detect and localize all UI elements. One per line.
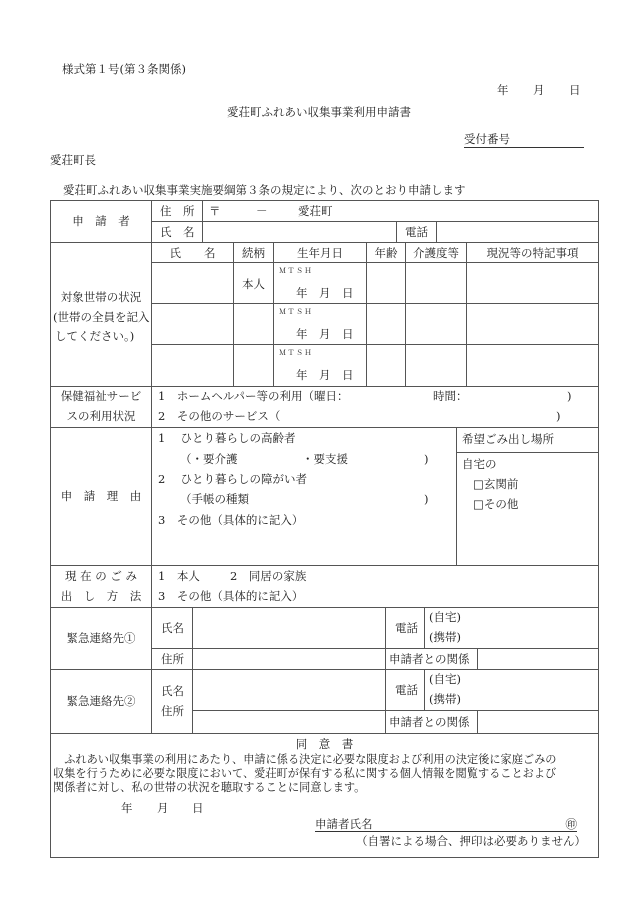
member-2-era[interactable]: ＭＴＳＨ xyxy=(279,305,313,319)
emergency-1-relation-label: 申請者との関係 xyxy=(389,652,470,666)
consent-line-3: 関係者に対し、私の世帯の状況を聴取することに同意します。 xyxy=(53,781,365,795)
date-year: 年 xyxy=(497,82,509,98)
member-2-relation-field[interactable] xyxy=(234,304,273,344)
intro-text: 愛荘町ふれあい収集事業実施要綱第３条の規定により、次のとおり申請します xyxy=(63,182,466,198)
emergency-2-name-field[interactable] xyxy=(193,670,385,710)
form-number: 様式第１号(第３条関係) xyxy=(62,61,186,77)
trash-method-label-1: 現 在 の ご み xyxy=(51,569,151,583)
reason-label: 申 請 理 由 xyxy=(51,489,151,503)
col-care-level: 介護度等 xyxy=(406,246,466,260)
date-day: 日 xyxy=(569,82,581,98)
emergency-2-relation-field[interactable] xyxy=(478,711,598,733)
col-relation: 続柄 xyxy=(234,246,273,260)
service-item-2[interactable]: 2 その他のサービス（ xyxy=(158,409,280,423)
postal-mark: 〒 xyxy=(209,204,221,218)
member-1-care-field[interactable] xyxy=(406,263,466,303)
emergency-2-mobile-phone[interactable]: (携帯) xyxy=(429,692,461,706)
address-label: 住 所 xyxy=(160,204,195,218)
emergency-2-phone-label: 電話 xyxy=(395,683,418,697)
signature-label: 申請者氏名 xyxy=(315,817,373,831)
reason-item-1[interactable]: 1 ひとり暮らしの高齢者 xyxy=(158,431,295,445)
trash-method-family[interactable]: 2 同居の家族 xyxy=(230,569,306,583)
consent-line-2: 収集を行うために必要な限度において、愛荘町が保有する私に関する個人情報を閲覧する… xyxy=(53,767,556,781)
household-label-3: してください。) xyxy=(55,329,134,343)
member-2-age-field[interactable] xyxy=(367,304,405,344)
member-3-relation-field[interactable] xyxy=(234,345,273,386)
signature-note: （自署による場合、押印は必要ありません） xyxy=(356,834,586,848)
services-label-2: スの利用状況 xyxy=(51,409,151,423)
town-name: 愛荘町 xyxy=(298,204,333,218)
trash-method-self[interactable]: 1 本人 xyxy=(158,569,200,583)
emergency-1-address-label: 住所 xyxy=(161,652,184,666)
reason-item-1-support[interactable]: ・要支援 xyxy=(302,452,348,466)
member-1-relation: 本人 xyxy=(234,277,273,291)
trash-method-label-2: 出 し 方 法 xyxy=(51,589,151,603)
emergency-1-mobile-phone[interactable]: (携帯) xyxy=(429,630,461,644)
phone-label: 電話 xyxy=(405,225,428,239)
reason-item-2-close: ) xyxy=(424,492,429,506)
emergency-2-address-field[interactable] xyxy=(193,711,385,733)
emergency-1-home-phone[interactable]: (自宅) xyxy=(429,610,461,624)
applicant-phone-field[interactable] xyxy=(437,222,597,242)
emergency-2-label: 緊急連絡先② xyxy=(51,694,151,708)
consent-date-year[interactable]: 年 xyxy=(121,801,133,815)
reason-item-2-handbook[interactable]: （手帳の種類 xyxy=(180,492,249,506)
consent-date-month[interactable]: 月 xyxy=(157,801,169,815)
col-notes: 現況等の特記事項 xyxy=(467,246,598,260)
consent-line-1: ふれあい収集事業の利用にあたり、申請に係る決定に必要な限度および利用の決定後に家… xyxy=(53,753,556,767)
emergency-1-address-field[interactable] xyxy=(193,649,385,669)
col-name: 氏 名 xyxy=(152,246,233,260)
member-1-birthdate[interactable]: 年 月 日 xyxy=(296,286,354,300)
emergency-1-label: 緊急連絡先① xyxy=(51,631,151,645)
emergency-1-name-label: 氏名 xyxy=(161,621,184,635)
emergency-1-relation-field[interactable] xyxy=(478,649,598,669)
receipt-number-label: 受付番号 xyxy=(464,132,510,146)
emergency-1-name-field[interactable] xyxy=(193,608,385,648)
services-label-1: 保健福祉サービ xyxy=(51,389,151,403)
applicant-name-field[interactable] xyxy=(203,222,395,242)
addressee: 愛荘町長 xyxy=(50,152,96,168)
consent-date-day[interactable]: 日 xyxy=(192,801,204,815)
location-option-other[interactable]: □その他 xyxy=(473,497,518,511)
applicant-label: 申 請 者 xyxy=(51,214,151,228)
location-option-entrance[interactable]: □玄関前 xyxy=(473,477,518,491)
emergency-2-name-label: 氏名 xyxy=(161,684,184,698)
signature-field[interactable]: 申請者氏名 ㊞ xyxy=(315,817,577,832)
reason-item-1-care[interactable]: （・要介護 xyxy=(180,452,238,466)
reason-item-2[interactable]: 2 ひとり暮らしの障がい者 xyxy=(158,472,307,486)
emergency-2-address-label: 住所 xyxy=(161,704,184,718)
member-3-age-field[interactable] xyxy=(367,345,405,386)
member-2-name-field[interactable] xyxy=(152,304,233,344)
member-2-birthdate[interactable]: 年 月 日 xyxy=(296,327,354,341)
member-1-era[interactable]: ＭＴＳＨ xyxy=(279,264,313,278)
member-2-care-field[interactable] xyxy=(406,304,466,344)
col-age: 年齢 xyxy=(367,246,405,260)
emergency-2-home-phone[interactable]: (自宅) xyxy=(429,672,461,686)
member-1-name-field[interactable] xyxy=(152,263,233,303)
service-item-1[interactable]: 1 ホームヘルパー等の利用（曜日： xyxy=(158,389,349,403)
trash-method-other[interactable]: 3 その他（具体的に記入） xyxy=(158,589,303,603)
date-month: 月 xyxy=(533,82,545,98)
postal-dash: － xyxy=(256,204,268,218)
service-time-label[interactable]: 時間： xyxy=(433,389,468,403)
member-2-notes-field[interactable] xyxy=(467,304,598,344)
reason-item-1-close: ) xyxy=(424,452,429,466)
location-home: 自宅の xyxy=(462,457,497,471)
member-1-notes-field[interactable] xyxy=(467,263,598,303)
member-3-birthdate[interactable]: 年 月 日 xyxy=(296,368,354,382)
location-header: 希望ごみ出し場所 xyxy=(462,432,554,446)
receipt-number-field[interactable]: 受付番号 xyxy=(464,131,584,148)
service-item-2-close: ) xyxy=(556,409,561,423)
service-item-1-close: ) xyxy=(567,389,572,403)
name-label: 氏 名 xyxy=(160,225,195,239)
household-label-2: (世帯の全員を記入 xyxy=(53,310,150,324)
household-label-1: 対象世帯の状況 xyxy=(51,290,151,304)
col-birthdate: 生年月日 xyxy=(274,246,366,260)
applicant-address-field[interactable]: 〒 － 愛荘町 xyxy=(203,201,598,221)
member-3-name-field[interactable] xyxy=(152,345,233,386)
emergency-2-relation-label: 申請者との関係 xyxy=(389,715,470,729)
member-3-notes-field[interactable] xyxy=(467,345,598,386)
emergency-1-phone-label: 電話 xyxy=(395,621,418,635)
seal-mark: ㊞ xyxy=(566,817,578,831)
consent-title: 同 意 書 xyxy=(51,737,598,751)
member-1-age-field[interactable] xyxy=(367,263,405,303)
member-3-era[interactable]: ＭＴＳＨ xyxy=(279,346,313,360)
reason-item-3[interactable]: 3 その他（具体的に記入） xyxy=(158,513,303,527)
member-3-care-field[interactable] xyxy=(406,345,466,386)
page-title: 愛荘町ふれあい収集事業利用申請書 xyxy=(227,104,411,120)
